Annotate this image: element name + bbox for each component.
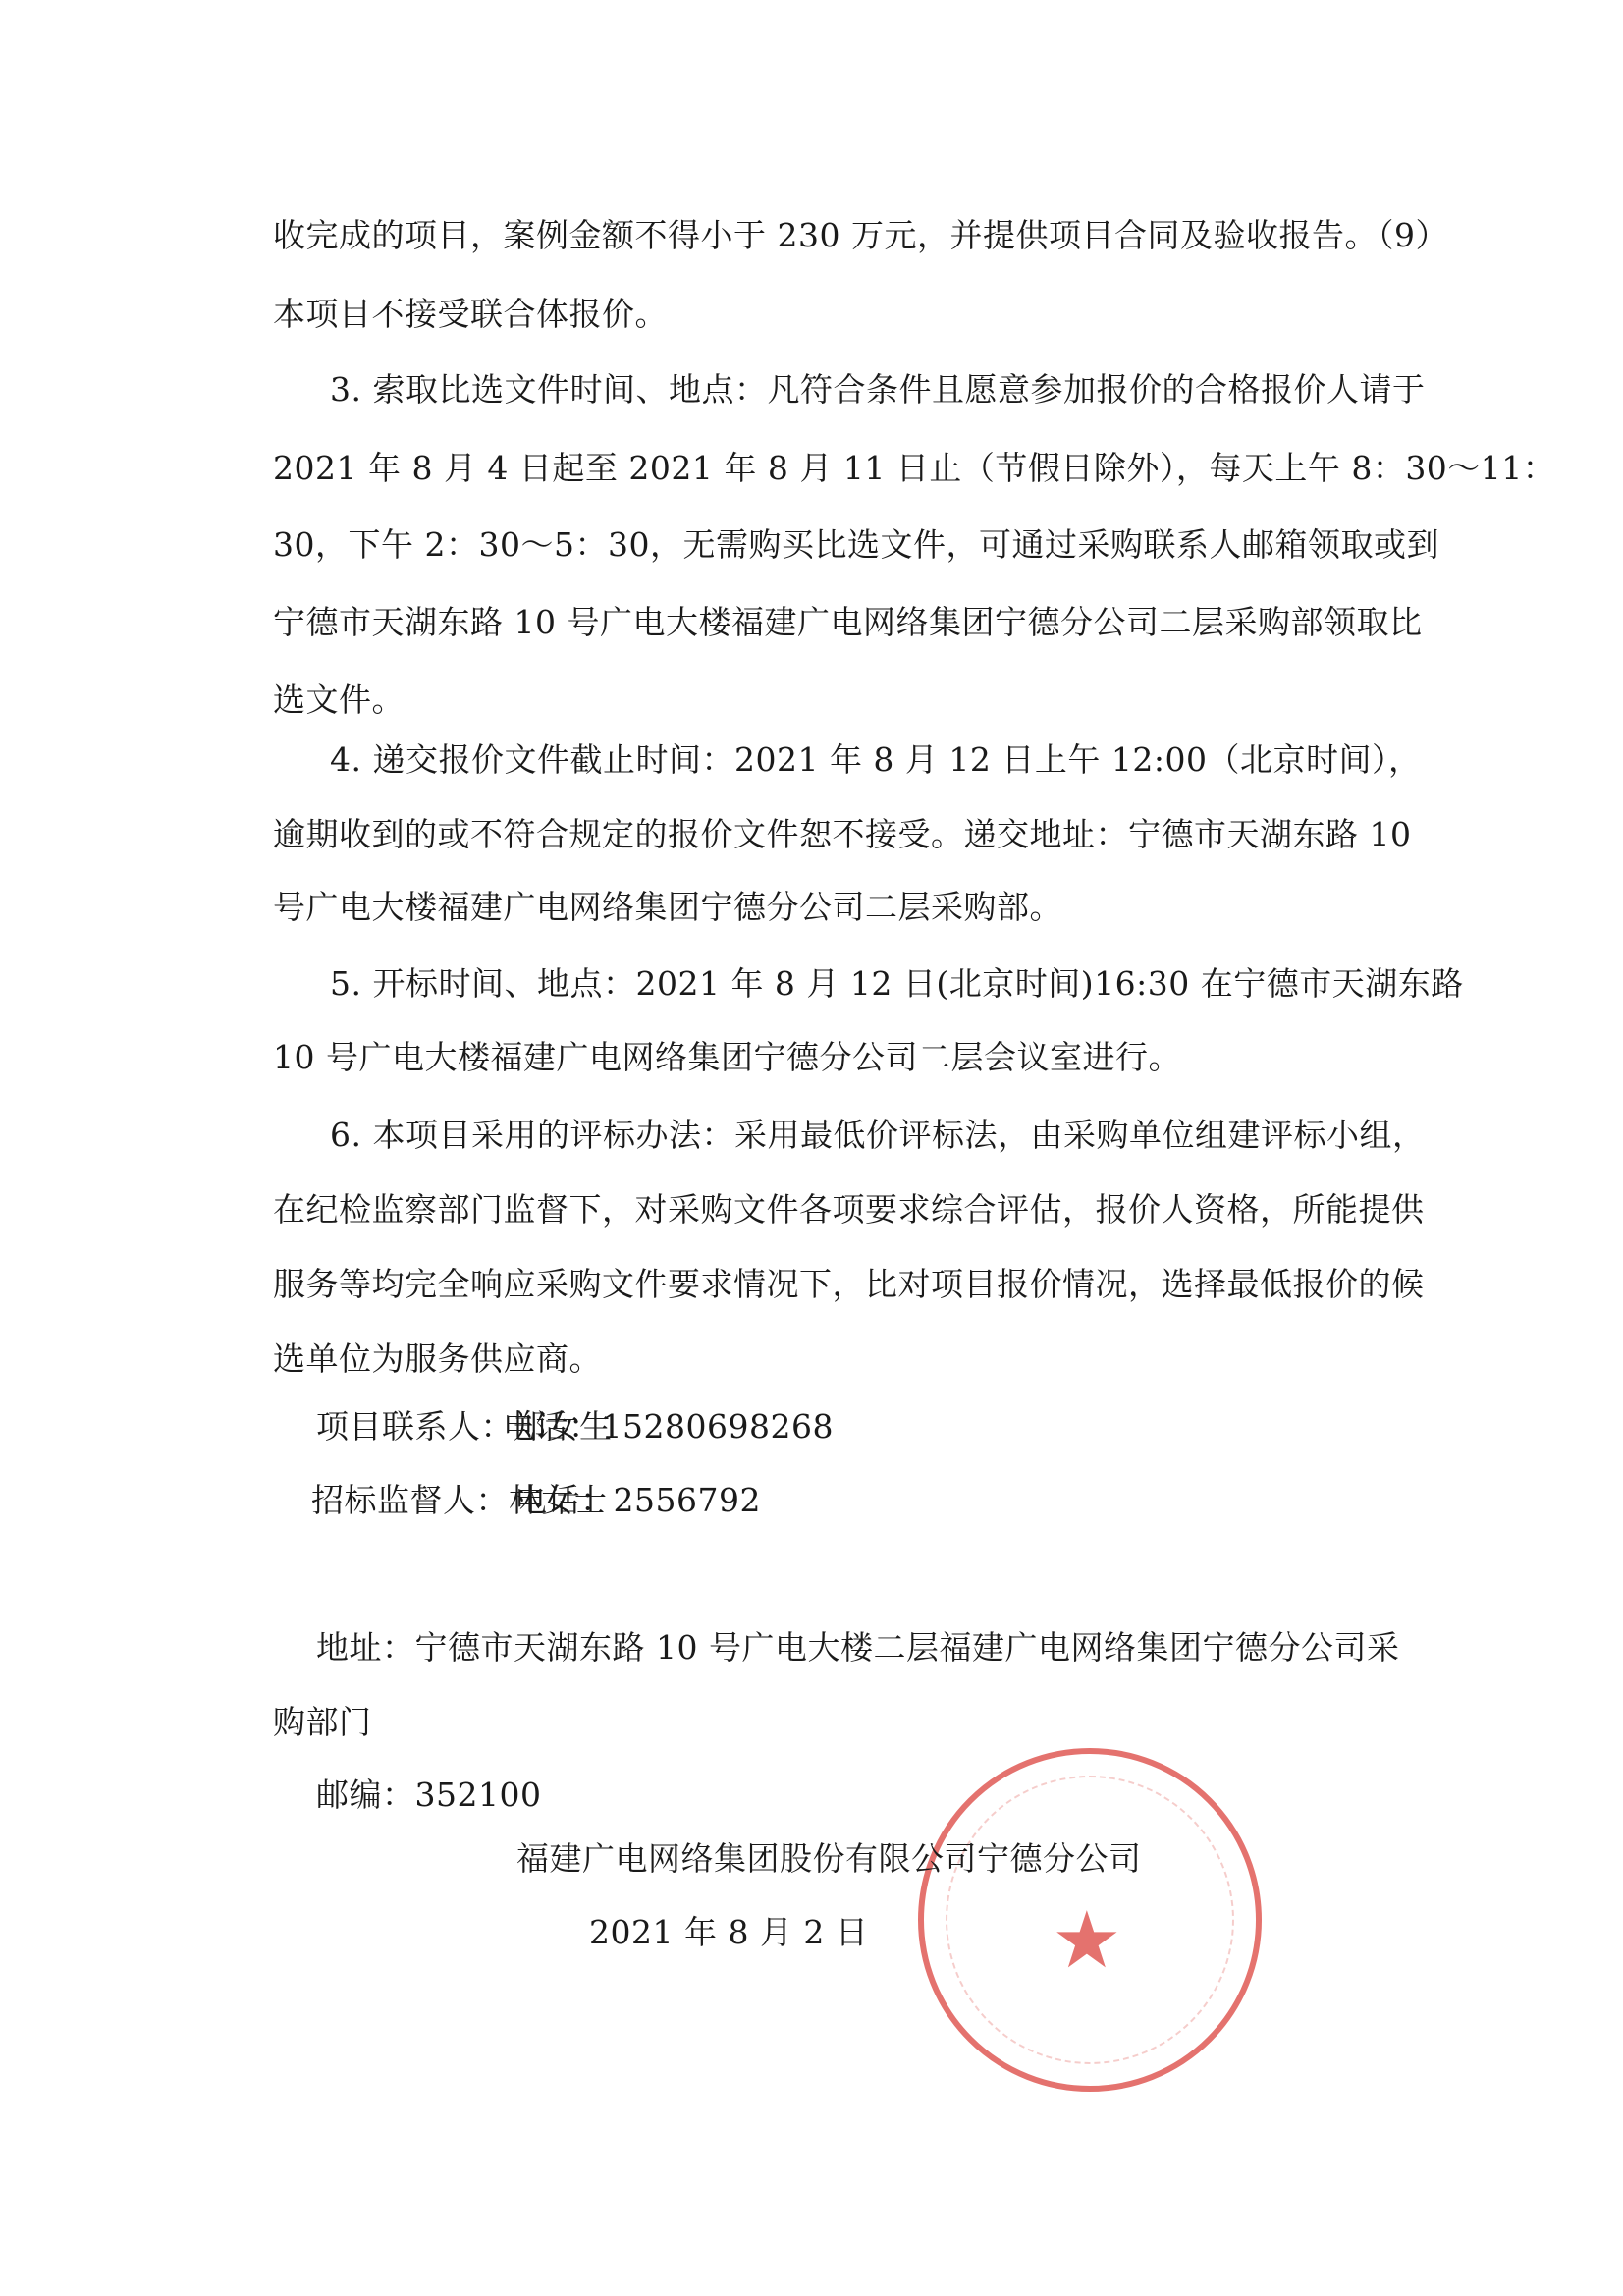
text-line: 2021 年 8 月 4 日起至 2021 年 8 月 11 日止（节假日除外）… <box>273 449 1555 488</box>
text-line: 30，下午 2：30～5：30，无需购买比选文件，可通过采购联系人邮箱领取或到 <box>273 525 1439 565</box>
project-contact-phone: 电话：15280698268 <box>503 1407 834 1447</box>
section-4-heading: 4. 递交报价文件截止时间：2021 年 8 月 12 日上午 12:00（北京… <box>330 740 1421 780</box>
text-line: 本项目不接受联合体报价。 <box>273 295 668 334</box>
address-line: 购部门 <box>273 1703 372 1742</box>
signature-company: 福建广电网络集团股份有限公司宁德分公司 <box>516 1839 1142 1879</box>
supervisor-phone: 电话：2556792 <box>514 1481 761 1520</box>
section-6-heading: 6. 本项目采用的评标办法：采用最低价评标法，由采购单位组建评标小组， <box>330 1116 1425 1155</box>
signature-date: 2021 年 8 月 2 日 <box>589 1913 868 1952</box>
star-icon: ★ <box>1052 1901 1122 1980</box>
text-line: 10 号广电大楼福建广电网络集团宁德分公司二层会议室进行。 <box>273 1038 1181 1077</box>
section-3-heading: 3. 索取比选文件时间、地点：凡符合条件且愿意参加报价的合格报价人请于 <box>330 370 1425 410</box>
text-line: 选文件。 <box>273 681 405 720</box>
postcode: 邮编：352100 <box>316 1776 541 1815</box>
text-line: 选单位为服务供应商。 <box>273 1339 602 1379</box>
text-line: 逾期收到的或不符合规定的报价文件恕不接受。递交地址：宁德市天湖东路 10 <box>273 815 1411 854</box>
address-line: 地址：宁德市天湖东路 10 号广电大楼二层福建广电网络集团宁德分公司采 <box>316 1628 1399 1667</box>
text-line: 服务等均完全响应采购文件要求情况下，比对项目报价情况，选择最低报价的候 <box>273 1265 1425 1304</box>
text-line: 号广电大楼福建广电网络集团宁德分公司二层采购部。 <box>273 888 1062 927</box>
text-line: 收完成的项目，案例金额不得小于 230 万元，并提供项目合同及验收报告。（9） <box>273 216 1448 255</box>
official-seal: ★ <box>918 1748 1262 2092</box>
text-line: 在纪检监察部门监督下，对采购文件各项要求综合评估，报价人资格，所能提供 <box>273 1190 1425 1230</box>
text-line: 宁德市天湖东路 10 号广电大楼福建广电网络集团宁德分公司二层采购部领取比 <box>273 603 1422 642</box>
section-5-heading: 5. 开标时间、地点：2021 年 8 月 12 日(北京时间)16:30 在宁… <box>330 964 1464 1004</box>
